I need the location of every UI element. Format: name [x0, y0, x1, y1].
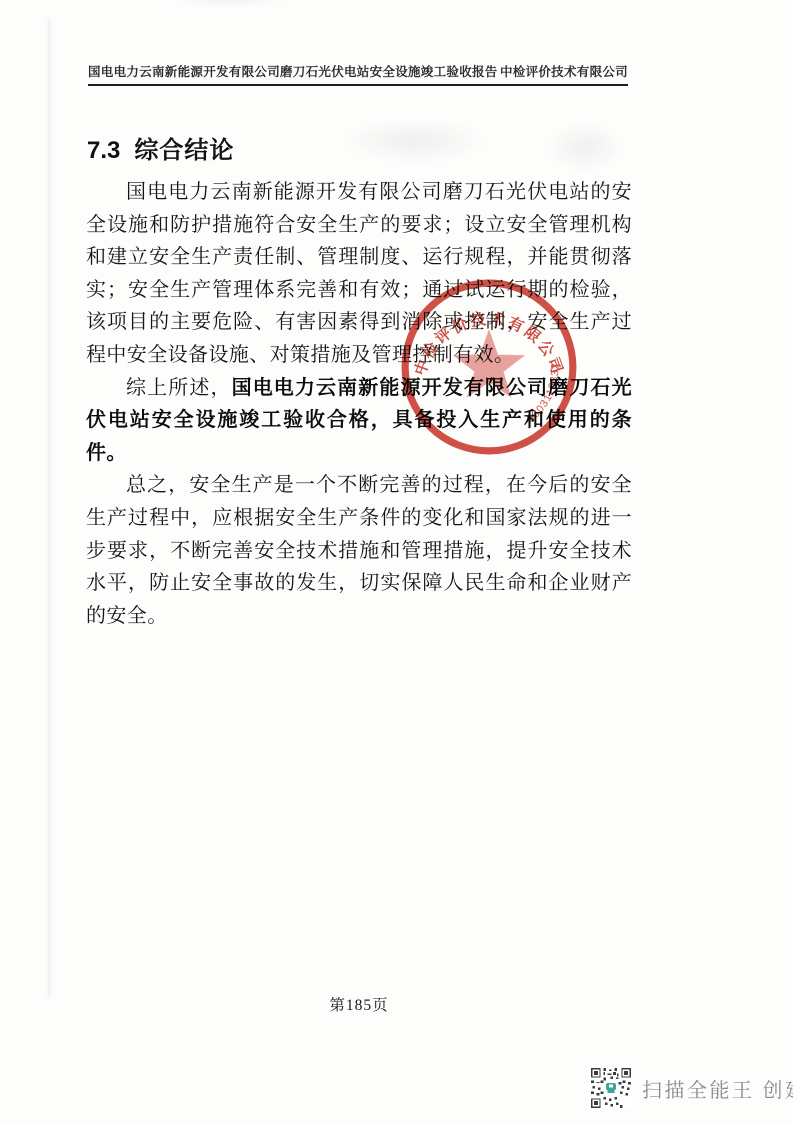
scan-edge-streak — [48, 18, 51, 998]
scanned-document-page: 国电电力云南新能源开发有限公司磨刀石光伏电站安全设施竣工验收报告 中检评价技术有… — [0, 0, 793, 1123]
scanner-watermark: 扫描全能王 创建 — [591, 1068, 793, 1108]
scan-noise — [170, 0, 290, 6]
section-title: 综合结论 — [134, 137, 234, 164]
paragraph-2-lead: 综上所述， — [126, 377, 232, 399]
paragraph-conclusion-3: 总之，安全生产是一个不断完善的过程，在今后的安全生产过程中，应根据安全生产条件的… — [86, 469, 632, 632]
qr-code-icon — [591, 1068, 631, 1108]
paragraph-conclusion-2: 综上所述，国电电力云南新能源开发有限公司磨刀石光伏电站安全设施竣工验收合格，具备… — [86, 372, 632, 470]
header-report-title: 国电电力云南新能源开发有限公司磨刀石光伏电站安全设施竣工验收报告 — [88, 62, 498, 80]
page-number: 第185页 — [86, 993, 632, 1015]
section-number: 7.3 — [87, 137, 120, 164]
paragraph-conclusion-1: 国电电力云南新能源开发有限公司磨刀石光伏电站的安全设施和防护措施符合安全生产的要… — [86, 176, 632, 372]
scanner-app-label: 扫描全能王 创建 — [642, 1074, 793, 1103]
body-text: 国电电力云南新能源开发有限公司磨刀石光伏电站的安全设施和防护措施符合安全生产的要… — [86, 176, 632, 632]
header-company-name: 中检评价技术有限公司 — [500, 62, 628, 80]
ink-bleed-smudge — [545, 122, 625, 172]
page-header: 国电电力云南新能源开发有限公司磨刀石光伏电站安全设施竣工验收报告 中检评价技术有… — [88, 62, 628, 86]
ink-bleed-smudge — [340, 118, 490, 164]
section-heading: 7.3综合结论 — [87, 130, 234, 165]
